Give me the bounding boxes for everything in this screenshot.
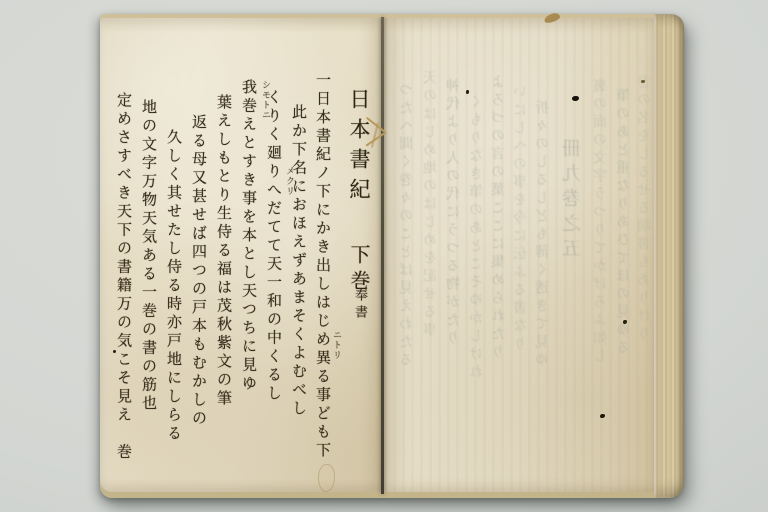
bleedthrough-column: 筆のあと重なりあひてほの見ゆる [617, 88, 631, 358]
reading-annotation: メクリ [284, 166, 293, 196]
bleedthrough-column: 折々のしるしども薄く透きて見ゆ [536, 100, 550, 370]
bleedthrough-column: よろづの言の葉ここに集められたり [492, 74, 506, 362]
text-column: 一日本書紀ノ下にかき出しはじめ異る事ども下 [315, 72, 330, 461]
bleedthrough-column: いにしへの事を今に伝ふる書なり [514, 84, 528, 354]
ink-speck [600, 414, 605, 418]
ink-speck [623, 320, 627, 324]
bleedthrough-column: 神代より人の代にうつる物がたり [447, 78, 461, 348]
book: 日本書紀 下巻 奉書 一日本書紀ノ下にかき出しはじめ異る事ども下 此か下名におほ… [100, 14, 684, 498]
bleedthrough-column: 巻の名をしるせる端書もありけり [638, 74, 652, 344]
title-main: 日本書紀 [348, 88, 369, 208]
right-page: つたへ聞く巻々のことば見えわたる 天のはじめ地のはじめを記せる事 神代より人の代… [384, 18, 654, 492]
bleedthrough-column-large: 冊九巻之五 [564, 138, 583, 263]
ink-speck [572, 96, 579, 101]
ink-speck [466, 90, 469, 94]
gutter-fold [381, 17, 384, 494]
text-column: 我巻えとすき事を本とし天つちに見ゆ [241, 79, 256, 394]
reading-annotation: シモトニ [260, 80, 269, 120]
text-column: 此か下名におほえずあまそくよむべし [291, 104, 306, 419]
left-page: 日本書紀 下巻 奉書 一日本書紀ノ下にかき出しはじめ異る事ども下 此か下名におほ… [100, 18, 383, 492]
page-stack-fore-edge [654, 14, 684, 498]
paper-fleck [641, 80, 645, 83]
text-column: 久しく其せたし侍る時亦戸地にしらる [166, 129, 181, 444]
paper-stain [318, 464, 335, 492]
bleedthrough-column: 裏の面の文字うつりてかげろふ如し [594, 78, 608, 366]
text-column: 返る母又甚せば四つの戸本もむかしの [191, 114, 206, 429]
text-column: くりく廻りへだてて天一和の中くるし [266, 89, 281, 404]
bleedthrough-column: 天のはじめ地のはじめを記せる事 [424, 70, 438, 340]
bleedthrough-column: つたへ聞く巻々のことば見えわたる [400, 82, 414, 370]
paper-texture [384, 18, 654, 492]
title-note: 奉書 [353, 288, 366, 322]
bleedthrough-column: くもりなき筆のあとこそゆかしけれ [470, 94, 484, 382]
reading-annotation: ニトリ [331, 330, 340, 360]
text-column: 定めさすべき天下の書籍万の気こそ見え 巻 [116, 92, 131, 462]
photo-background: 日本書紀 下巻 奉書 一日本書紀ノ下にかき出しはじめ異る事ども下 此か下名におほ… [0, 0, 768, 512]
text-column: 葉えしもとり生侍る福は茂秋紫文の筆 [216, 94, 231, 409]
text-column: 地の文字万物天気ある一巻の書の筋也 [141, 99, 156, 414]
